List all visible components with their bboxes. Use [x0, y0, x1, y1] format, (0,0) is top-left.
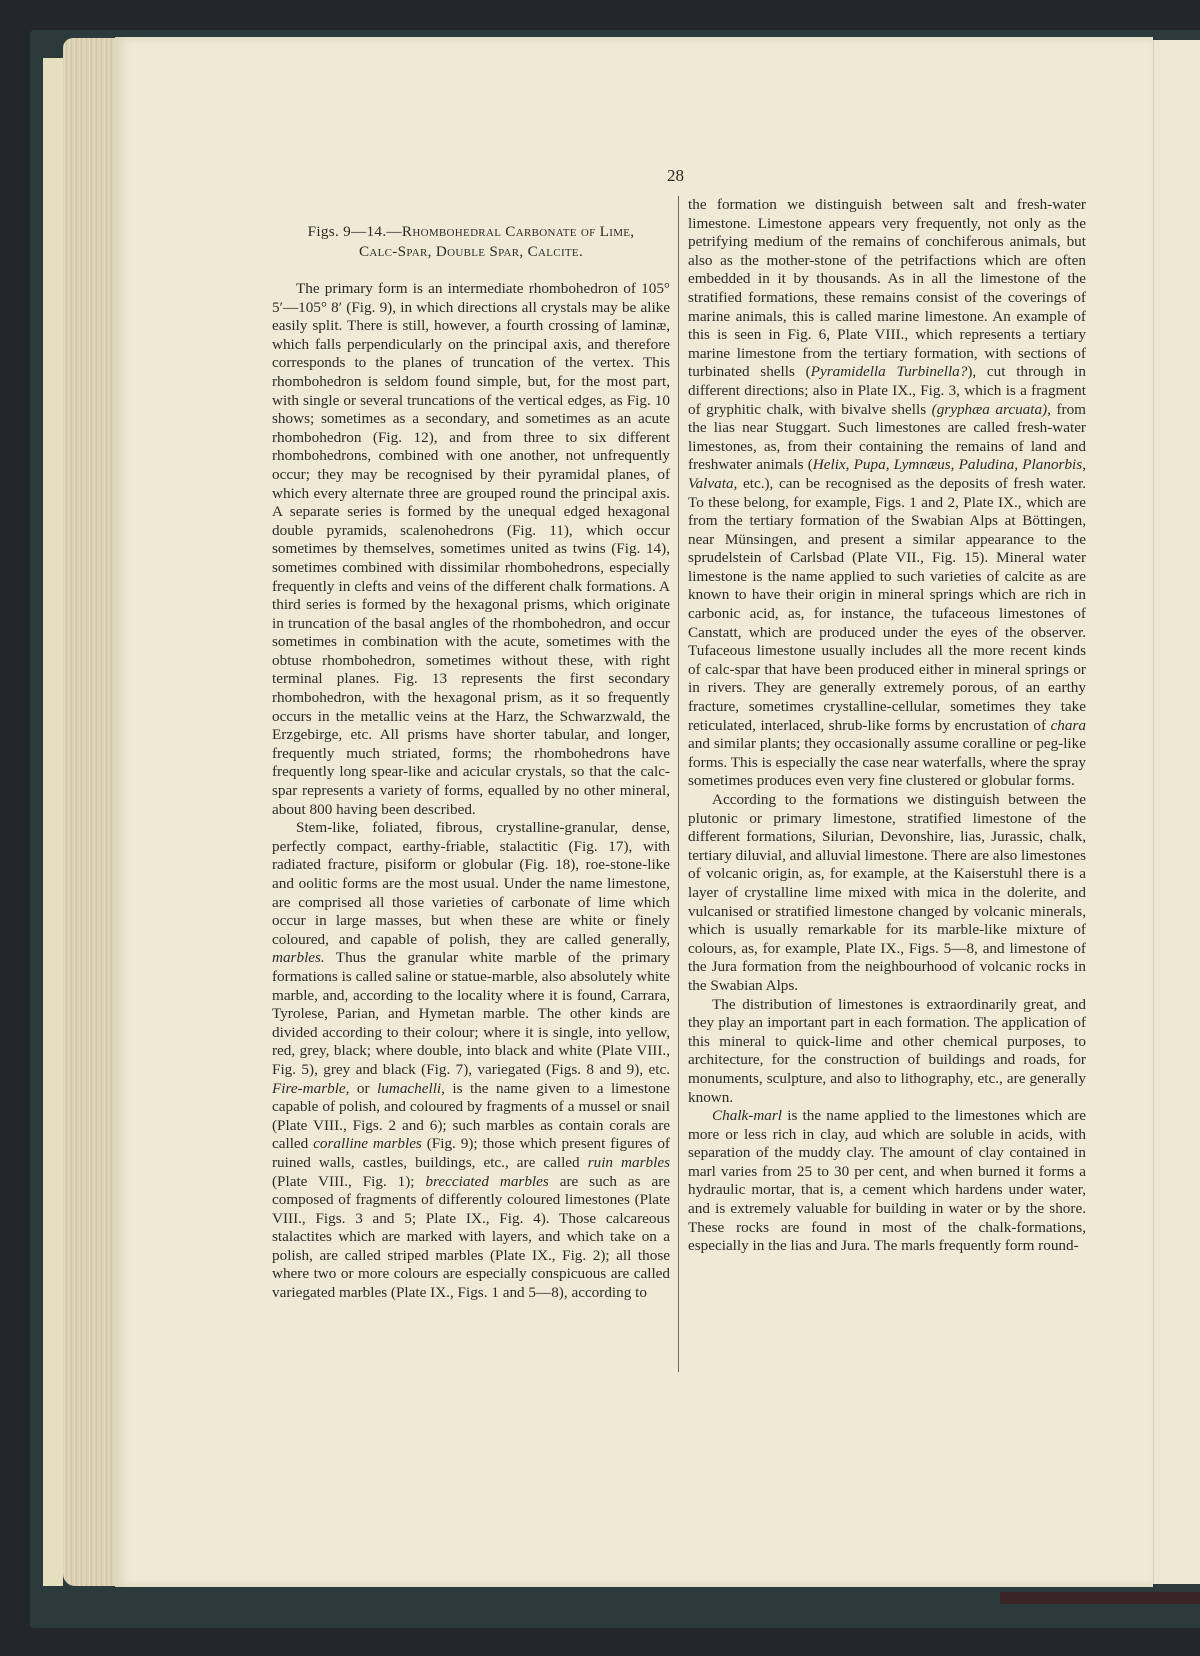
italic-term: brecciated marbles: [425, 1173, 548, 1190]
section-heading: Figs. 9—14.—Rhombohedral Carbonate of Li…: [272, 222, 670, 262]
paragraph: Stem-like, foliated, fibrous, crystallin…: [272, 819, 670, 1302]
column-rule: [678, 196, 679, 1372]
italic-term: marbles.: [272, 949, 325, 966]
text-run: Thus the granular white marble of the pr…: [272, 949, 670, 1078]
endpaper: [43, 58, 63, 1586]
heading-line-1: Rhombohedral Carbonate of Lime,: [402, 223, 634, 240]
italic-term: Chalk-marl: [712, 1107, 782, 1124]
italic-term: ruin marbles: [588, 1154, 670, 1171]
text-run: , or: [346, 1080, 377, 1097]
page-edges: [63, 38, 121, 1586]
paragraph: The primary form is an intermediate rhom…: [272, 280, 670, 819]
text-run: etc.), can be recognised as the deposits…: [688, 475, 1086, 734]
text-run: are such as are composed of fragments of…: [272, 1173, 670, 1302]
text-run: and similar plants; they occasionally as…: [688, 735, 1086, 789]
paragraph: According to the formations we distingui…: [688, 791, 1086, 996]
italic-term: Fire-marble: [272, 1080, 346, 1097]
right-column: the formation we distinguish between sal…: [688, 196, 1086, 1256]
italic-term: lumachelli: [377, 1080, 441, 1097]
text-run: Stem-like, foliated, fibrous, crystallin…: [272, 819, 670, 948]
heading-prefix: Figs. 9—14.—: [308, 223, 402, 240]
page-number: 28: [667, 166, 684, 186]
text-run: is the name applied to the limestones wh…: [688, 1107, 1086, 1254]
paragraph: the formation we distinguish between sal…: [688, 196, 1086, 791]
left-column: Figs. 9—14.—Rhombohedral Carbonate of Li…: [272, 222, 670, 1303]
italic-term: chara: [1051, 717, 1086, 734]
italic-term: Pyramidella Turbinella?: [811, 363, 968, 380]
italic-term: coralline marbles: [313, 1135, 422, 1152]
paragraph: Chalk-marl is the name applied to the li…: [688, 1107, 1086, 1256]
text-run: (Plate VIII., Fig. 1);: [272, 1173, 425, 1190]
paragraph: The distribution of limestones is extrao…: [688, 996, 1086, 1108]
italic-term: (gryphæa arcuata): [932, 401, 1047, 418]
text-run: the formation we distinguish between sal…: [688, 196, 1086, 380]
next-page-edge: [1153, 40, 1200, 1584]
cover-leather-edge: [1000, 1592, 1200, 1604]
heading-line-2: Calc-Spar, Double Spar, Calcite.: [359, 243, 583, 260]
